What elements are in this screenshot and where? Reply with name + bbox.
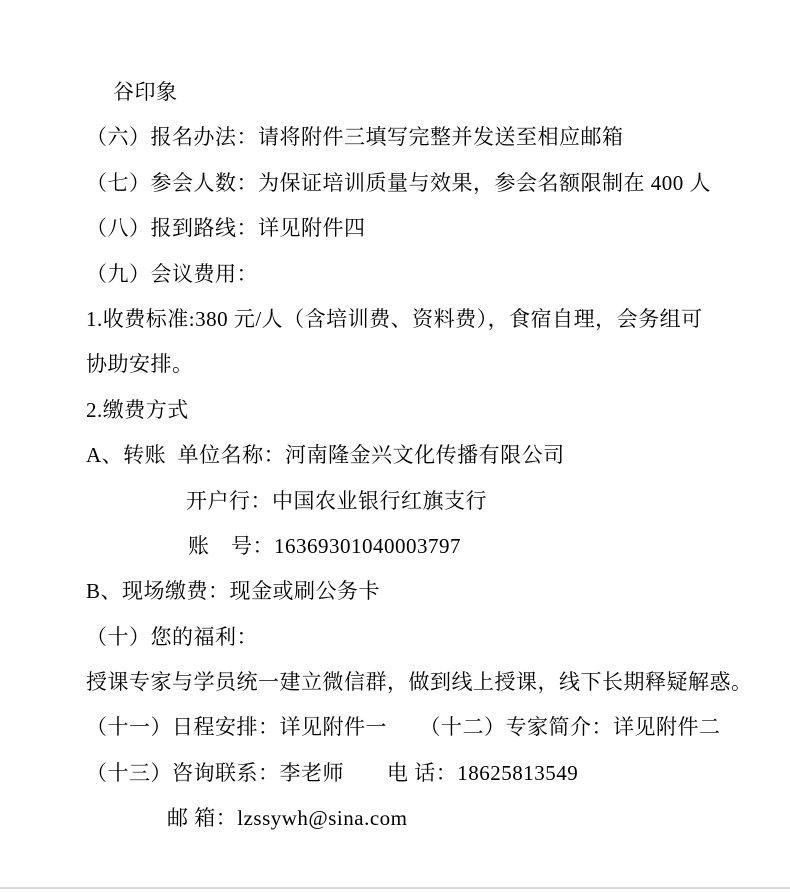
line-fee-standard: 1.收费标准:380 元/人（含培训费、资料费），食宿自理，会务组可 [86, 297, 750, 342]
line-attendee-limit: （七）参会人数：为保证培训质量与效果，参会名额限制在 400 人 [86, 161, 750, 206]
page-bottom-edge [0, 887, 790, 889]
line-benefits-detail: 授课专家与学员统一建立微信群，做到线上授课，线下长期释疑解惑。 [86, 660, 750, 705]
page-content: 谷印象 （六）报名办法：请将附件三填写完整并发送至相应邮箱 （七）参会人数：为保… [86, 70, 750, 842]
line-arrival-route: （八）报到路线：详见附件四 [86, 206, 750, 251]
line-account-number: 账 号：16369301040003797 [86, 524, 750, 569]
line-contact-phone: （十三）咨询联系：李老师 电 话：18625813549 [86, 751, 750, 796]
line-transfer-company: A、转账 单位名称：河南隆金兴文化传播有限公司 [86, 433, 750, 478]
line-fee-heading: （九）会议费用： [86, 252, 750, 297]
line-registration-method: （六）报名办法：请将附件三填写完整并发送至相应邮箱 [86, 115, 750, 160]
line-page-top-fragment: 谷印象 [86, 70, 750, 115]
line-contact-email: 邮 箱：lzssywh@sina.com [86, 796, 750, 841]
line-payment-method: 2.缴费方式 [86, 388, 750, 433]
line-fee-standard-cont: 协助安排。 [86, 342, 750, 387]
line-onsite-payment: B、现场缴费：现金或刷公务卡 [86, 569, 750, 614]
line-benefits-heading: （十）您的福利： [86, 615, 750, 660]
line-schedule-and-experts: （十一）日程安排：详见附件一 （十二）专家简介：详见附件二 [86, 705, 750, 750]
line-bank-name: 开户行：中国农业银行红旗支行 [86, 479, 750, 524]
document-page: 谷印象 （六）报名办法：请将附件三填写完整并发送至相应邮箱 （七）参会人数：为保… [0, 0, 790, 893]
